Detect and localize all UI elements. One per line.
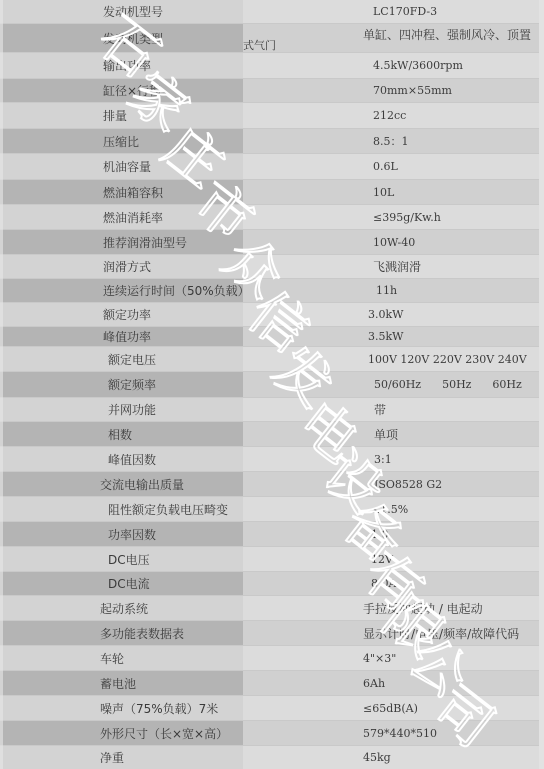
spec-row-wheels: 车轮 4"×3" [0, 646, 544, 671]
spec-row-dc-voltage: DC电压 12V [0, 547, 544, 572]
spec-label: DC电流 [0, 572, 243, 595]
spec-row-grid-connection: 并网功能 带 [0, 398, 544, 422]
spec-value: 单项 [243, 422, 544, 446]
spec-table: 发动机型号 LC170FD-3 发动机类型 单缸、四冲程、强制风冷、顶置 输出功… [0, 0, 544, 769]
spec-label: 连续运行时间（50%负载） [0, 279, 243, 302]
spec-label: 燃油消耗率 [0, 205, 243, 229]
spec-value: 手拉反冲起动 / 电起动 [243, 596, 544, 620]
spec-label: 峰值功率 [0, 327, 243, 346]
spec-row-rated-frequency: 额定频率 50/60Hz 50Hz 60Hz [0, 372, 544, 398]
spec-value: 50/60Hz 50Hz 60Hz [243, 372, 544, 397]
spec-value: 12V [243, 547, 544, 571]
spec-label: 额定频率 [0, 372, 243, 397]
spec-value: 579*440*510 [243, 721, 544, 745]
spec-label: 相数 [0, 422, 243, 446]
spec-row-voltage-distortion: 阻性额定负载电压畸变 ≤1.5% [0, 497, 544, 522]
spec-value: 8.5：1 [243, 129, 544, 153]
spec-value: ≤1.5% [243, 497, 544, 521]
spec-row-power-factor: 功率因数 1.0 [0, 522, 544, 547]
spec-row-ac-output-quality: 交流电输出质量 ISO8528 G2 [0, 472, 544, 497]
spec-row-engine-model: 发动机型号 LC170FD-3 [0, 0, 544, 24]
spec-row-noise: 噪声（75%负载）7米 ≤65dB(A) [0, 696, 544, 721]
spec-label: 额定电压 [0, 347, 243, 371]
spec-label: 额定功率 [0, 303, 243, 326]
spec-value: 3.5kW [243, 327, 544, 346]
engine-type-overflow-text: 式气门 [243, 37, 276, 53]
spec-row-oil-capacity: 机油容量 0.6L [0, 154, 544, 180]
spec-value: 显示计时/电压/频率/故障代码 [243, 621, 544, 645]
spec-row-battery: 蓄电池 6Ah [0, 671, 544, 696]
spec-row-rated-power: 额定功率 3.0kW [0, 303, 544, 327]
spec-row-lubricant: 推荐润滑油型号 10W-40 [0, 230, 544, 255]
spec-row-lubrication-method: 润滑方式 飞溅润滑 [0, 255, 544, 279]
spec-label: 阻性额定负载电压畸变 [0, 497, 243, 521]
spec-value: 45kg [243, 746, 544, 769]
spec-label: 润滑方式 [0, 255, 243, 278]
spec-row-starting-system: 起动系统 手拉反冲起动 / 电起动 [0, 596, 544, 621]
spec-label: 输出功率 [0, 53, 243, 78]
spec-value: 100V 120V 220V 230V 240V [243, 347, 544, 371]
left-border [0, 0, 3, 769]
spec-value: 4.5kW/3600rpm [243, 53, 544, 78]
spec-label: 峰值因数 [0, 447, 243, 471]
spec-value: 70mm×55mm [243, 79, 544, 102]
spec-label: 起动系统 [0, 596, 243, 620]
spec-label: 推荐润滑油型号 [0, 230, 243, 254]
spec-row-output-power: 输出功率 4.5kW/3600rpm [0, 53, 544, 79]
spec-label: 并网功能 [0, 398, 243, 421]
spec-value: 4"×3" [243, 646, 544, 670]
spec-row-peak-power: 峰值功率 3.5kW [0, 327, 544, 347]
spec-label: 排量 [0, 103, 243, 128]
spec-row-crest-factor: 峰值因数 3:1 [0, 447, 544, 472]
spec-row-phase: 相数 单项 [0, 422, 544, 447]
spec-label: 噪声（75%负载）7米 [0, 696, 243, 720]
spec-label: 净重 [0, 746, 243, 769]
spec-value: 3:1 [243, 447, 544, 471]
spec-row-fuel-tank: 燃油箱容积 10L [0, 180, 544, 205]
spec-label: 多功能表数据表 [0, 621, 243, 645]
spec-label: 交流电输出质量 [0, 472, 243, 496]
spec-value: 单缸、四冲程、强制风冷、顶置 [243, 24, 544, 52]
spec-row-displacement: 排量 212cc [0, 103, 544, 129]
spec-value: 1.0 [243, 522, 544, 546]
spec-row-bore-stroke: 缸径×行程 70mm×55mm [0, 79, 544, 103]
spec-value: 飞溅润滑 [243, 255, 544, 278]
spec-value: 10W-40 [243, 230, 544, 254]
spec-label: 功率因数 [0, 522, 243, 546]
spec-label: 车轮 [0, 646, 243, 670]
spec-value: 11h [243, 279, 544, 302]
spec-row-dc-current: DC电流 8.0A [0, 572, 544, 596]
spec-label: 外形尺寸（长×宽×高） [0, 721, 243, 745]
spec-value: LC170FD-3 [243, 0, 544, 23]
spec-label: 发动机类型 [0, 24, 243, 52]
spec-value: 212cc [243, 103, 544, 128]
spec-value: ISO8528 G2 [243, 472, 544, 496]
spec-label: 发动机型号 [0, 0, 243, 23]
spec-row-continuous-runtime: 连续运行时间（50%负载） 11h [0, 279, 544, 303]
spec-label: 机油容量 [0, 154, 243, 179]
spec-row-net-weight: 净重 45kg [0, 746, 544, 769]
spec-value: ≤65dB(A) [243, 696, 544, 720]
spec-value: 3.0kW [243, 303, 544, 326]
spec-value: 0.6L [243, 154, 544, 179]
spec-row-compression-ratio: 压缩比 8.5：1 [0, 129, 544, 154]
spec-label: 缸径×行程 [0, 79, 243, 102]
spec-value: 8.0A [243, 572, 544, 595]
spec-value: 10L [243, 180, 544, 204]
spec-row-dimensions: 外形尺寸（长×宽×高） 579*440*510 [0, 721, 544, 746]
right-border [539, 0, 544, 769]
spec-label: 燃油箱容积 [0, 180, 243, 204]
spec-row-fuel-consumption: 燃油消耗率 ≤395g/Kw.h [0, 205, 544, 230]
spec-row-rated-voltage: 额定电压 100V 120V 220V 230V 240V [0, 347, 544, 372]
spec-label: 压缩比 [0, 129, 243, 153]
spec-value: ≤395g/Kw.h [243, 205, 544, 229]
spec-value: 带 [243, 398, 544, 421]
spec-label: 蓄电池 [0, 671, 243, 695]
spec-value: 6Ah [243, 671, 544, 695]
spec-label: DC电压 [0, 547, 243, 571]
spec-row-multifunction-meter: 多功能表数据表 显示计时/电压/频率/故障代码 [0, 621, 544, 646]
